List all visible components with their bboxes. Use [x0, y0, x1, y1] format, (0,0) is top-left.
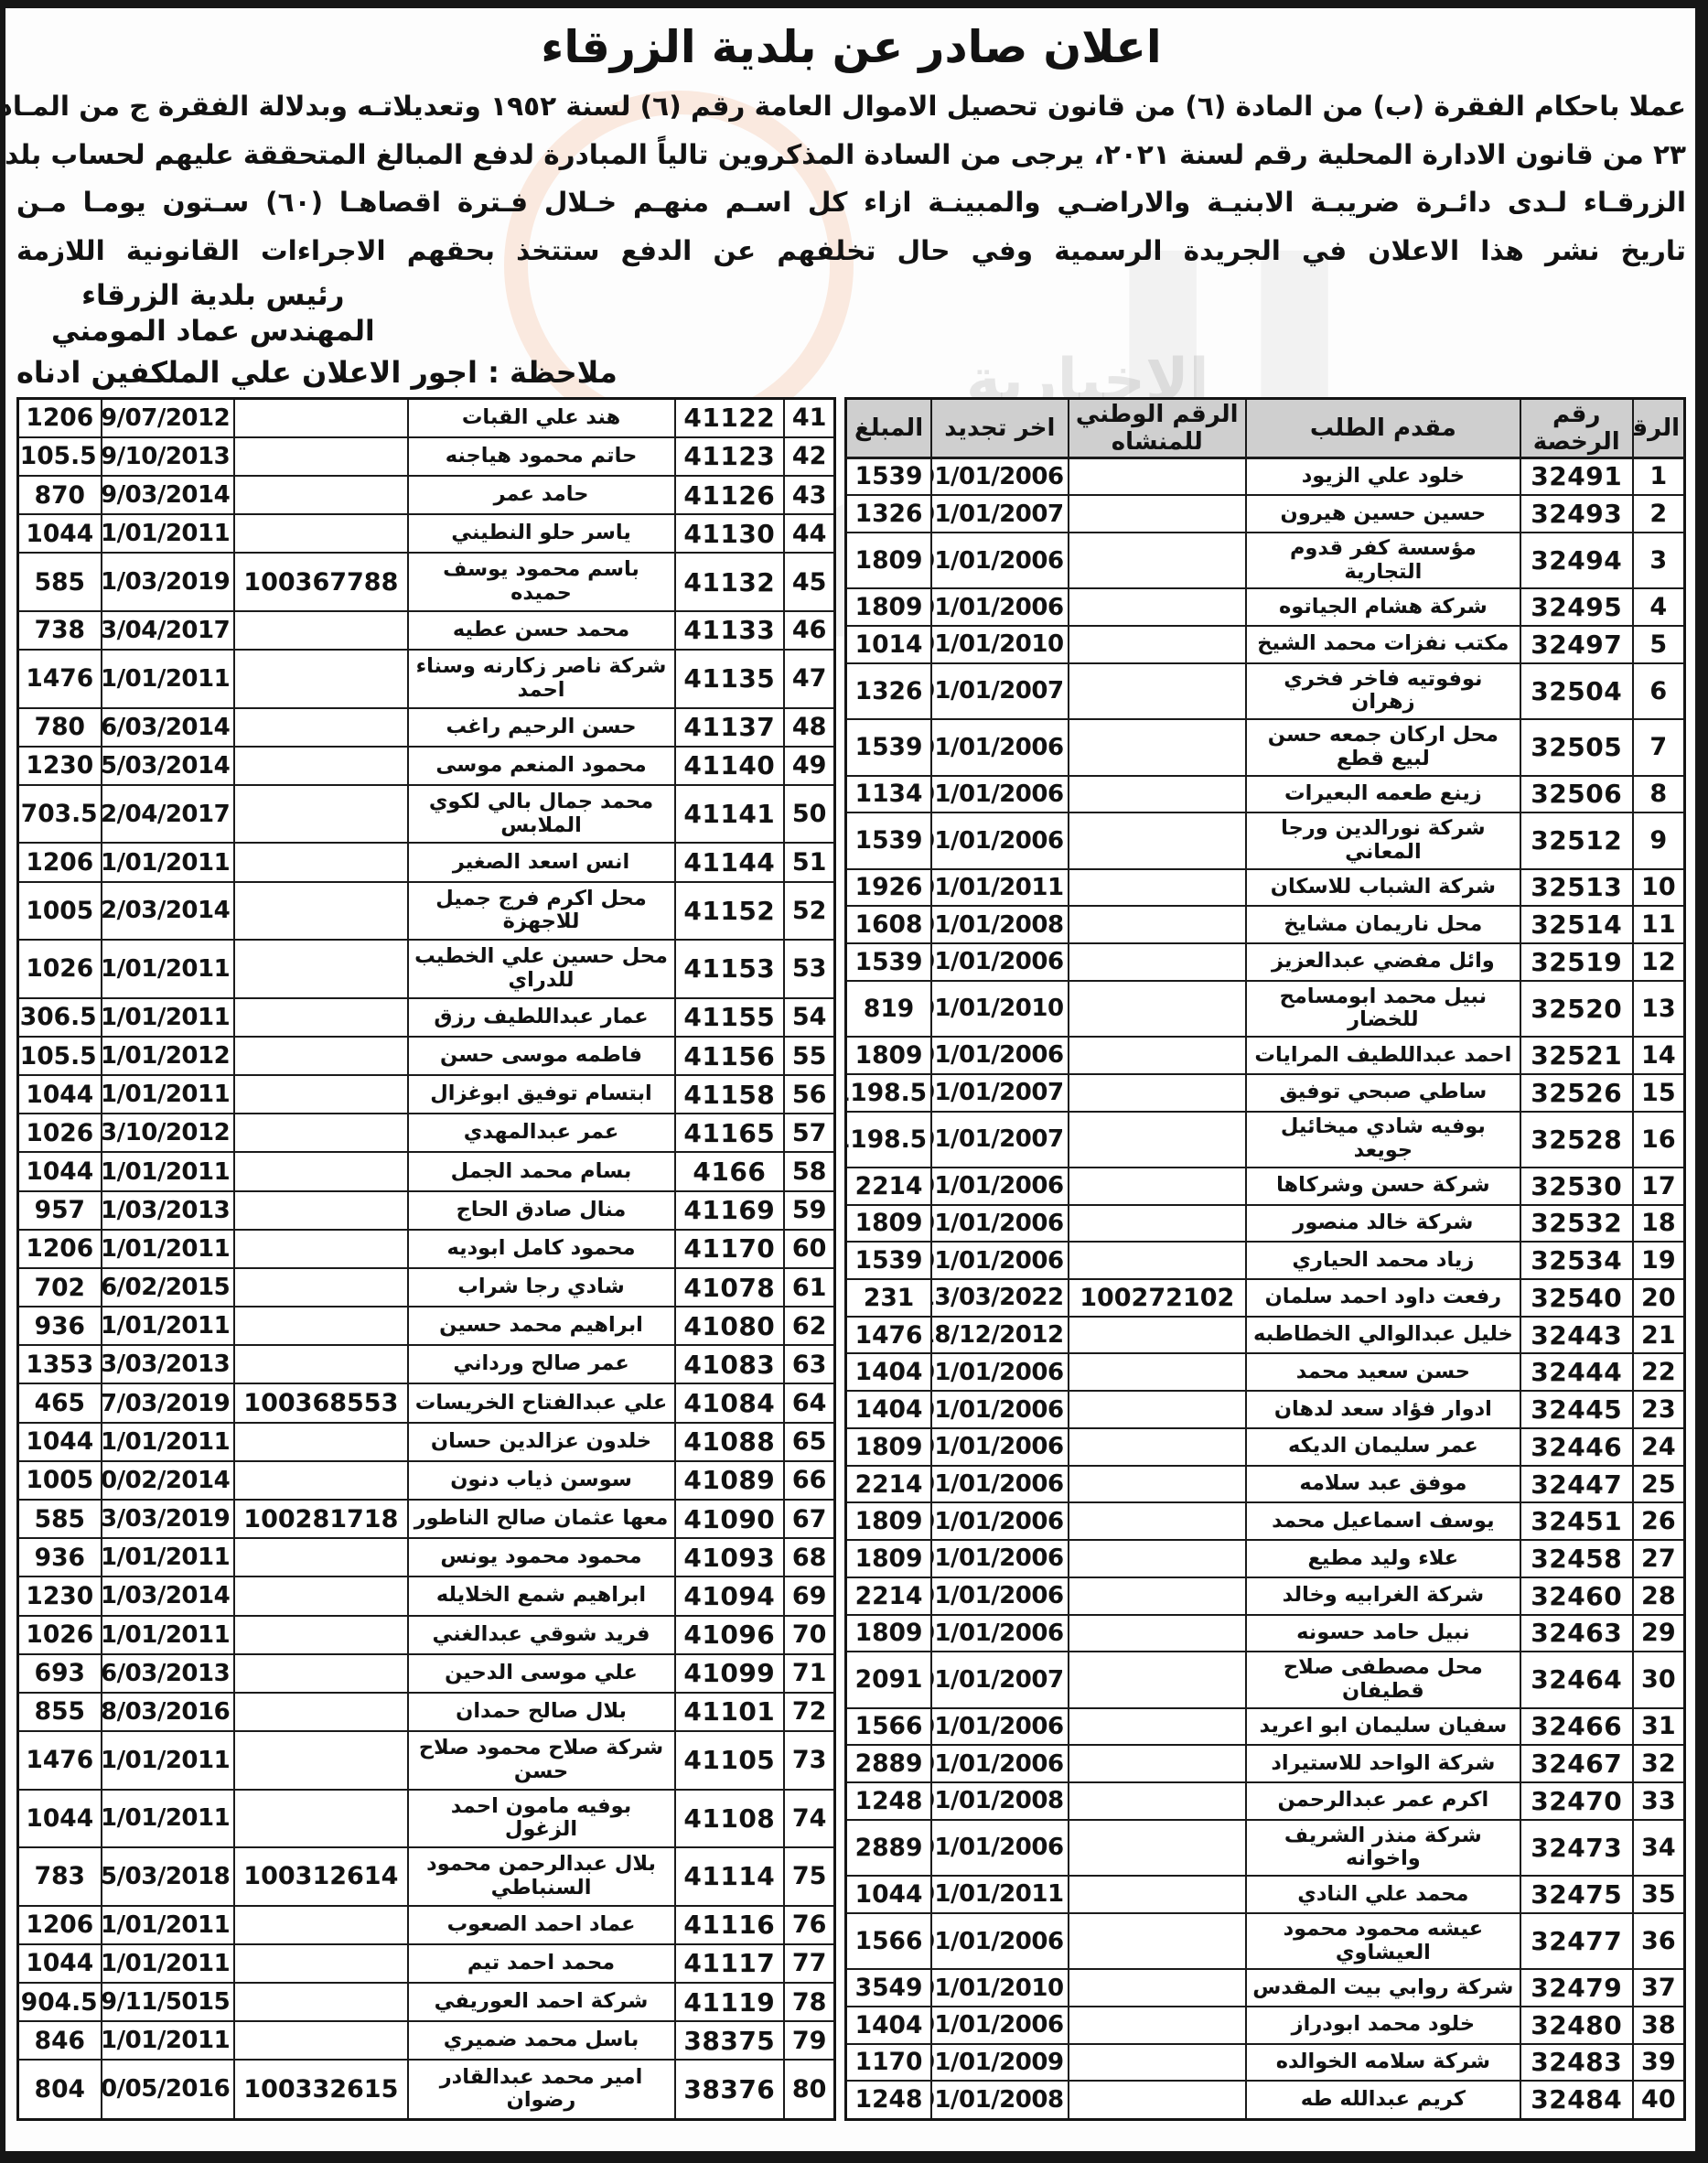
- cell-num: 3: [1633, 533, 1685, 588]
- table-row: 6841093محمود محمود يونس01/01/2011936: [18, 1538, 835, 1577]
- cell-applicant: معها عثمان صالح الناطور: [408, 1500, 675, 1538]
- cell-applicant: محل حسين علي الخطيب للدراي: [408, 940, 675, 998]
- cell-license: 41088: [675, 1423, 785, 1461]
- cell-national: [1069, 776, 1246, 813]
- cell-amount: 1326: [846, 663, 932, 719]
- cell-amount: 1326: [846, 495, 932, 533]
- cell-applicant: خلود علي الزيود: [1246, 457, 1520, 495]
- cell-amount: 1539: [846, 457, 932, 495]
- cell-license: 32446: [1520, 1428, 1633, 1466]
- cell-license: 32467: [1520, 1745, 1633, 1782]
- cell-license: 41099: [675, 1654, 785, 1693]
- table-row: 4032484كريم عبدالله طه01/01/20081248: [846, 2081, 1685, 2119]
- table-row: 3332470اكرم عمر عبدالرحمن01/01/20081248: [846, 1782, 1685, 1820]
- cell-renewal: 31/03/2019: [102, 553, 235, 611]
- table-row: 5441155عمار عبداللطيف رزق01/01/20111306.…: [18, 998, 835, 1037]
- cell-national: [1069, 1391, 1246, 1428]
- cell-renewal: 26/02/2015: [102, 1268, 235, 1307]
- cell-amount: 1044: [18, 1152, 102, 1190]
- cell-renewal: 01/01/2008: [931, 1782, 1068, 1820]
- cell-num: 65: [784, 1423, 834, 1461]
- cell-license: 32505: [1520, 719, 1633, 775]
- cell-license: 41132: [675, 553, 785, 611]
- cell-renewal: 01/01/2006: [931, 943, 1068, 981]
- cell-license: 41156: [675, 1037, 785, 1075]
- cell-license: 32473: [1520, 1820, 1633, 1876]
- cell-amount: 1170: [846, 2044, 932, 2082]
- cell-renewal: 01/01/2006: [931, 1466, 1068, 1503]
- cell-license: 41123: [675, 437, 785, 476]
- paragraph-line-2: ٢٣ من قانون الادارة المحلية رقم لسنة ٢٠٢…: [16, 131, 1686, 179]
- cell-amount: 1353: [18, 1345, 102, 1383]
- cell-amount: 3549: [846, 1969, 932, 2007]
- cell-renewal: 01/01/2011: [102, 1731, 235, 1790]
- table-row: 3432473شركة منذر الشريف واخوانه01/01/200…: [846, 1820, 1685, 1876]
- cell-amount: 585: [18, 1500, 102, 1538]
- cell-renewal: 01/01/2011: [102, 1944, 235, 1983]
- cell-num: 58: [784, 1152, 834, 1190]
- cell-license: 32466: [1520, 1708, 1633, 1746]
- cell-national: 100367788: [234, 553, 407, 611]
- cell-renewal: 01/01/2012: [102, 1037, 235, 1075]
- cell-num: 77: [784, 1944, 834, 1983]
- cell-applicant: محمود كامل ابوديه: [408, 1230, 675, 1268]
- table-row: 5741165عمر عبدالمهدي13/10/20121026: [18, 1114, 835, 1152]
- cell-amount: 1404: [846, 2007, 932, 2044]
- table-row: 832506زينع طعمه البعيرات01/01/20061134: [846, 776, 1685, 813]
- cell-renewal: 09/10/2013: [102, 437, 235, 476]
- header-national-id: الرقم الوطني للمنشاه: [1069, 398, 1246, 457]
- cell-renewal: 01/01/2007: [931, 1652, 1068, 1707]
- cell-license: 41083: [675, 1345, 785, 1383]
- cell-applicant: ادوار فؤاد سعد لدهان: [1246, 1391, 1520, 1428]
- cell-national: [1069, 1205, 1246, 1243]
- cell-renewal: 01/01/2011: [931, 869, 1068, 907]
- cell-num: 24: [1633, 1428, 1685, 1466]
- cell-amount: 1026: [18, 940, 102, 998]
- cell-num: 40: [1633, 2081, 1685, 2119]
- cell-num: 74: [784, 1790, 834, 1848]
- table-row: 7341105شركة صلاح محمود صلاح حسن01/01/201…: [18, 1731, 835, 1790]
- table-row: 3132466سفيان سليمان ابو اعريد01/01/20061…: [846, 1708, 1685, 1746]
- cell-renewal: 01/01/2006: [931, 1205, 1068, 1243]
- cell-num: 2: [1633, 495, 1685, 533]
- cell-num: 70: [784, 1616, 834, 1654]
- cell-applicant: حامد عمر: [408, 476, 675, 514]
- cell-renewal: 01/01/2006: [931, 719, 1068, 775]
- cell-applicant: حسن سعيد محمد: [1246, 1353, 1520, 1391]
- cell-license: 41169: [675, 1191, 785, 1230]
- cell-national: [1069, 1540, 1246, 1577]
- cell-amount: 1809: [846, 1428, 932, 1466]
- cell-amount: 702: [18, 1268, 102, 1307]
- cell-amount: 1198.5: [846, 1112, 932, 1168]
- cell-national: [234, 708, 407, 747]
- cell-amount: 1005: [18, 882, 102, 941]
- cell-renewal: 01/01/2008: [931, 2081, 1068, 2119]
- cell-national: [1069, 1428, 1246, 1466]
- cell-renewal: 26/03/2014: [102, 708, 235, 747]
- cell-amount: 1809: [846, 1540, 932, 1577]
- cell-renewal: 01/01/2006: [931, 1168, 1068, 1205]
- cell-national: [234, 1983, 407, 2021]
- cell-applicant: بلال صالح حمدان: [408, 1693, 675, 1731]
- table-row: 7441108بوفيه مامون احمد الزغول01/01/2011…: [18, 1790, 835, 1848]
- table-row: 6141078شادي رجا شراب26/02/2015702: [18, 1268, 835, 1307]
- cell-num: 34: [1633, 1820, 1685, 1876]
- table-row: 1532526ساطي صبحي توفيق01/01/20071198.5: [846, 1074, 1685, 1112]
- cell-renewal: 13/03/2022: [931, 1279, 1068, 1317]
- cell-renewal: 01/01/2011: [102, 1538, 235, 1577]
- cell-license: 32504: [1520, 663, 1633, 719]
- cell-license: 32477: [1520, 1913, 1633, 1969]
- cell-applicant: بسام محمد الجمل: [408, 1152, 675, 1190]
- cell-license: 32493: [1520, 495, 1633, 533]
- cell-num: 78: [784, 1983, 834, 2021]
- cell-renewal: 01/01/2006: [931, 1428, 1068, 1466]
- table-row: 5141144انس اسعد الصغير01/01/20111206: [18, 843, 835, 881]
- cell-license: 41117: [675, 1944, 785, 1983]
- cell-national: [1069, 1037, 1246, 1074]
- cell-renewal: 01/01/2006: [931, 588, 1068, 626]
- cell-applicant: امير محمد عبدالقادر رضوان: [408, 2060, 675, 2119]
- cell-renewal: 01/01/2011: [102, 2021, 235, 2060]
- cell-applicant: عمر صالح ورداني: [408, 1345, 675, 1383]
- cell-renewal: 01/01/2011: [102, 1790, 235, 1848]
- paragraph-line-4: تاريخ نشر هذا الاعلان في الجريدة الرسمية…: [16, 227, 1686, 275]
- cell-applicant: شركة روابي بيت المقدس: [1246, 1969, 1520, 2007]
- cell-amount: 703.5: [18, 785, 102, 844]
- cell-license: 32495: [1520, 588, 1633, 626]
- table-row: 5041141محمد جمال بالي لكوي الملابس02/04/…: [18, 785, 835, 844]
- cell-license: 32463: [1520, 1615, 1633, 1652]
- cell-renewal: 19/11/5015: [102, 1983, 235, 2021]
- cell-num: 69: [784, 1577, 834, 1615]
- cell-num: 21: [1633, 1317, 1685, 1354]
- cell-amount: 1404: [846, 1391, 932, 1428]
- table-row: 1732530شركة حسن وشركاها01/01/20062214: [846, 1168, 1685, 1205]
- cell-renewal: 01/01/2011: [102, 843, 235, 881]
- cell-license: 32526: [1520, 1074, 1633, 1112]
- cell-national: [1069, 1168, 1246, 1205]
- cell-renewal: 01/01/2006: [931, 457, 1068, 495]
- cell-amount: 1044: [18, 1075, 102, 1114]
- cell-amount: 1044: [18, 1790, 102, 1848]
- cell-national: [234, 1114, 407, 1152]
- cell-national: [1069, 943, 1246, 981]
- table-row: 2832460شركة الغرابيه وخالد01/01/20062214: [846, 1577, 1685, 1615]
- cell-num: 80: [784, 2060, 834, 2119]
- cell-national: [1069, 1466, 1246, 1503]
- cell-national: [1069, 2081, 1246, 2119]
- cell-amount: 1566: [846, 1913, 932, 1969]
- cell-num: 62: [784, 1307, 834, 1345]
- cell-national: [1069, 869, 1246, 907]
- cell-license: 32464: [1520, 1652, 1633, 1707]
- table-row: 584166بسام محمد الجمل01/01/20111044: [18, 1152, 835, 1190]
- cell-amount: 1044: [846, 1876, 932, 1913]
- cell-num: 10: [1633, 869, 1685, 907]
- cell-renewal: 01/01/2006: [931, 1577, 1068, 1615]
- cell-renewal: 01/01/2006: [931, 1820, 1068, 1876]
- table-row: 2532447موفق عبد سلامه01/01/20062214: [846, 1466, 1685, 1503]
- cell-license: 32443: [1520, 1317, 1633, 1354]
- cell-renewal: 01/01/2011: [102, 1423, 235, 1461]
- cell-renewal: 01/01/2006: [931, 812, 1068, 868]
- table-header-row: الرقم رقم الرخصة مقدم الطلب الرقم الوطني…: [846, 398, 1685, 457]
- table-row: 1832532شركة خالد منصور01/01/20061809: [846, 1205, 1685, 1243]
- cell-national: [1069, 1615, 1246, 1652]
- cell-num: 23: [1633, 1391, 1685, 1428]
- cell-national: [234, 1538, 407, 1577]
- cell-renewal: 01/01/2011: [102, 650, 235, 708]
- table-row: 4341126حامد عمر09/03/2014870: [18, 476, 835, 514]
- cell-renewal: 01/01/2011: [102, 1616, 235, 1654]
- cell-national: [234, 785, 407, 844]
- cell-applicant: وائل مفضي عبدالعزيز: [1246, 943, 1520, 981]
- cell-applicant: علي موسى الدحين: [408, 1654, 675, 1693]
- cell-renewal: 01/01/2009: [931, 2044, 1068, 2082]
- cell-national: [1069, 1913, 1246, 1969]
- cell-amount: 1044: [18, 1423, 102, 1461]
- signature-title: رئيس بلدية الزرقاء: [51, 278, 375, 314]
- cell-national: [1069, 1242, 1246, 1279]
- cell-license: 41140: [675, 747, 785, 785]
- cell-national: [234, 1731, 407, 1790]
- cell-renewal: 01/01/2006: [931, 2007, 1068, 2044]
- signature-block: رئيس بلدية الزرقاء المهندس عماد المومني: [51, 278, 375, 350]
- cell-num: 48: [784, 708, 834, 747]
- cell-renewal: 01/01/2007: [931, 1074, 1068, 1112]
- cell-license: 41114: [675, 1847, 785, 1906]
- cell-amount: 1926: [846, 869, 932, 907]
- cell-applicant: خلدون عزالدين حسان: [408, 1423, 675, 1461]
- cell-num: 17: [1633, 1168, 1685, 1205]
- cell-license: 41126: [675, 476, 785, 514]
- cell-renewal: 31/03/2014: [102, 1577, 235, 1615]
- cell-national: [1069, 1876, 1246, 1913]
- cell-amount: 904.5: [18, 1983, 102, 2021]
- cell-license: 32521: [1520, 1037, 1633, 1074]
- cell-license: 38376: [675, 2060, 785, 2119]
- cell-applicant: بلال عبدالرحمن محمود السنباطي: [408, 1847, 675, 1906]
- cell-amount: 1230: [18, 747, 102, 785]
- cell-num: 75: [784, 1847, 834, 1906]
- table-row: 7541114بلال عبدالرحمن محمود السنباطي1003…: [18, 1847, 835, 1906]
- cell-license: 32479: [1520, 1969, 1633, 2007]
- cell-license: 41158: [675, 1075, 785, 1114]
- cell-num: 25: [1633, 1466, 1685, 1503]
- table-row: 4141122هند علي القبات09/07/20121206: [18, 398, 835, 437]
- cell-national: 100272102: [1069, 1279, 1246, 1317]
- cell-num: 35: [1633, 1876, 1685, 1913]
- cell-amount: 1230: [18, 1577, 102, 1615]
- cell-applicant: حاتم محمود هياجنه: [408, 437, 675, 476]
- cell-national: [234, 1616, 407, 1654]
- table-row: 2132443خليل عبدالوالي الخطاطبه18/12/2012…: [846, 1317, 1685, 1354]
- cell-license: 41105: [675, 1731, 785, 1790]
- table-row: 3532475محمد علي النادي01/01/20111044: [846, 1876, 1685, 1913]
- cell-applicant: نبيل حامد حسونه: [1246, 1615, 1520, 1652]
- table-row: 332494مؤسسة كفر قدوم التجارية01/01/20061…: [846, 533, 1685, 588]
- cell-renewal: 01/01/2011: [102, 1230, 235, 1268]
- cell-amount: 936: [18, 1538, 102, 1577]
- cell-renewal: 01/01/2010: [931, 626, 1068, 663]
- cell-amount: 957: [18, 1191, 102, 1230]
- table-row: 8038376امير محمد عبدالقادر رضوان10033261…: [18, 2060, 835, 2119]
- cell-amount: 1248: [846, 1782, 932, 1820]
- table-row: 1432521احمد عبداللطيف المرايات01/01/2006…: [846, 1037, 1685, 1074]
- cell-license: 41155: [675, 998, 785, 1037]
- cell-renewal: 01/01/2006: [931, 776, 1068, 813]
- cell-applicant: ابتسام توفيق ابوغزال: [408, 1075, 675, 1114]
- cell-amount: 2214: [846, 1577, 932, 1615]
- cell-license: 38375: [675, 2021, 785, 2060]
- cell-num: 66: [784, 1461, 834, 1500]
- cell-applicant: شركة خالد منصور: [1246, 1205, 1520, 1243]
- cell-num: 49: [784, 747, 834, 785]
- cell-license: 4166: [675, 1152, 785, 1190]
- cell-license: 41170: [675, 1230, 785, 1268]
- cell-national: [234, 476, 407, 514]
- table-row: 7938375باسل محمد ضميري01/01/2011846: [18, 2021, 835, 2060]
- table-row: 7841119شركة احمد العوريفي19/11/5015904.5: [18, 1983, 835, 2021]
- cell-national: [234, 514, 407, 553]
- cell-applicant: بوفيه شادي ميخائيل جويعد: [1246, 1112, 1520, 1168]
- cell-license: 41122: [675, 398, 785, 437]
- cell-amount: 1026: [18, 1114, 102, 1152]
- cell-renewal: 01/01/2006: [931, 1391, 1068, 1428]
- cell-num: 18: [1633, 1205, 1685, 1243]
- cell-renewal: 01/01/2008: [931, 906, 1068, 943]
- table-row: 4241123حاتم محمود هياجنه09/10/20131105.5: [18, 437, 835, 476]
- table-row: 3232467شركة الواحد للاستيراد01/01/200628…: [846, 1745, 1685, 1782]
- table-row: 3732479شركة روابي بيت المقدس01/01/201035…: [846, 1969, 1685, 2007]
- cell-national: [1069, 1745, 1246, 1782]
- cell-renewal: 03/03/2013: [102, 1345, 235, 1383]
- cell-renewal: 01/01/2007: [931, 663, 1068, 719]
- cell-num: 46: [784, 611, 834, 650]
- cell-national: [234, 1944, 407, 1983]
- cell-applicant: محل اركان جمعه حسن لبيع قطع: [1246, 719, 1520, 775]
- cell-national: [1069, 663, 1246, 719]
- cell-applicant: محل اكرم فرج جميل للاجهزة: [408, 882, 675, 941]
- cell-license: 32480: [1520, 2007, 1633, 2044]
- cell-applicant: محمد علي النادي: [1246, 1876, 1520, 1913]
- cell-renewal: 01/01/2011: [102, 1075, 235, 1114]
- cell-renewal: 01/01/2011: [102, 1906, 235, 1944]
- cell-num: 53: [784, 940, 834, 998]
- cell-applicant: باسم محمود يوسف حميده: [408, 553, 675, 611]
- cell-license: 41153: [675, 940, 785, 998]
- cell-license: 41084: [675, 1383, 785, 1422]
- cell-num: 73: [784, 1731, 834, 1790]
- cell-national: [1069, 457, 1246, 495]
- licenses-table-left: 4141122هند علي القبات09/07/2012120642411…: [16, 397, 836, 2121]
- cell-national: [234, 998, 407, 1037]
- cell-national: [234, 1654, 407, 1693]
- cell-national: 100281718: [234, 1500, 407, 1538]
- table-row: 2732458علاء وليد مطيع01/01/20061809: [846, 1540, 1685, 1577]
- table-row: 3032464محل مصطفى صلاح قطيفان01/01/200720…: [846, 1652, 1685, 1707]
- header-last-renewal: اخر تجديد: [931, 398, 1068, 457]
- cell-applicant: محمد جمال بالي لكوي الملابس: [408, 785, 675, 844]
- cell-national: [234, 1693, 407, 1731]
- cell-num: 47: [784, 650, 834, 708]
- cell-renewal: 01/01/2010: [931, 1969, 1068, 2007]
- cell-applicant: شركة هشام الجياتوه: [1246, 588, 1520, 626]
- cell-license: 41130: [675, 514, 785, 553]
- cell-national: [1069, 533, 1246, 588]
- table-row: 2432446عمر سليمان الديكه01/01/20061809: [846, 1428, 1685, 1466]
- cell-num: 54: [784, 998, 834, 1037]
- cell-applicant: زياد محمد الحياري: [1246, 1242, 1520, 1279]
- cell-amount: 1539: [846, 812, 932, 868]
- cell-applicant: سفيان سليمان ابو اعريد: [1246, 1708, 1520, 1746]
- cell-national: [1069, 1317, 1246, 1354]
- cell-applicant: ساطي صبحي توفيق: [1246, 1074, 1520, 1112]
- table-row: 3632477عيشه محمود محمود العيشاوي01/01/20…: [846, 1913, 1685, 1969]
- cell-applicant: شركة الغرابيه وخالد: [1246, 1577, 1520, 1615]
- cell-national: [1069, 1820, 1246, 1876]
- cell-applicant: فريد شوقي عبدالغني: [408, 1616, 675, 1654]
- cell-applicant: عيشه محمود محمود العيشاوي: [1246, 1913, 1520, 1969]
- cell-num: 11: [1633, 906, 1685, 943]
- cell-amount: 1105.5: [18, 1037, 102, 1075]
- table-row: 2032540رفعت داود احمد سلمان10027210213/0…: [846, 1279, 1685, 1317]
- cell-num: 22: [1633, 1353, 1685, 1391]
- cell-amount: 1044: [18, 1944, 102, 1983]
- cell-applicant: خلود محمد ابودراز: [1246, 2007, 1520, 2044]
- cell-num: 19: [1633, 1242, 1685, 1279]
- cell-national: [1069, 1782, 1246, 1820]
- cell-renewal: 01/01/2006: [931, 1353, 1068, 1391]
- table-row: 6741090معها عثمان صالح الناطور1002817180…: [18, 1500, 835, 1538]
- cell-license: 32534: [1520, 1242, 1633, 1279]
- cell-amount: 1809: [846, 1205, 932, 1243]
- table-row: 4941140محمود المنعم موسى25/03/20141230: [18, 747, 835, 785]
- cell-license: 41078: [675, 1268, 785, 1307]
- cell-national: [234, 882, 407, 941]
- cell-renewal: 25/03/2018: [102, 1847, 235, 1906]
- cell-applicant: مكتب نفزات محمد الشيخ: [1246, 626, 1520, 663]
- cell-applicant: خليل عبدالوالي الخطاطبه: [1246, 1317, 1520, 1354]
- cell-amount: 1206: [18, 843, 102, 881]
- cell-license: 32513: [1520, 869, 1633, 907]
- cell-amount: 846: [18, 2021, 102, 2060]
- cell-amount: 738: [18, 611, 102, 650]
- cell-national: [234, 1461, 407, 1500]
- cell-renewal: 26/03/2013: [102, 1654, 235, 1693]
- table-row: 6641089سوسن ذياب دنون20/02/20141005: [18, 1461, 835, 1500]
- cell-applicant: ابراهيم شمع الخلايله: [408, 1577, 675, 1615]
- cell-applicant: شركة نورالدين ورجا المعاني: [1246, 812, 1520, 868]
- cell-num: 38: [1633, 2007, 1685, 2044]
- paragraph-line-3: الزرقـاء لـدى دائـرة ضريبـة الابنيـة وال…: [16, 178, 1686, 227]
- cell-num: 20: [1633, 1279, 1685, 1317]
- cell-national: [234, 1191, 407, 1230]
- cell-license: 32491: [1520, 457, 1633, 495]
- cell-national: [1069, 1577, 1246, 1615]
- cell-license: 41080: [675, 1307, 785, 1345]
- fees-note: ملاحظة : اجور الاعلان علي الملكفين ادناه: [16, 355, 1598, 390]
- cell-national: [234, 747, 407, 785]
- cell-renewal: 01/01/2006: [931, 1540, 1068, 1577]
- cell-num: 55: [784, 1037, 834, 1075]
- cell-renewal: 01/01/2006: [931, 1242, 1068, 1279]
- cell-license: 32484: [1520, 2081, 1633, 2119]
- table-row: 1332520نبيل محمد ابومسامح للخضار01/01/20…: [846, 981, 1685, 1037]
